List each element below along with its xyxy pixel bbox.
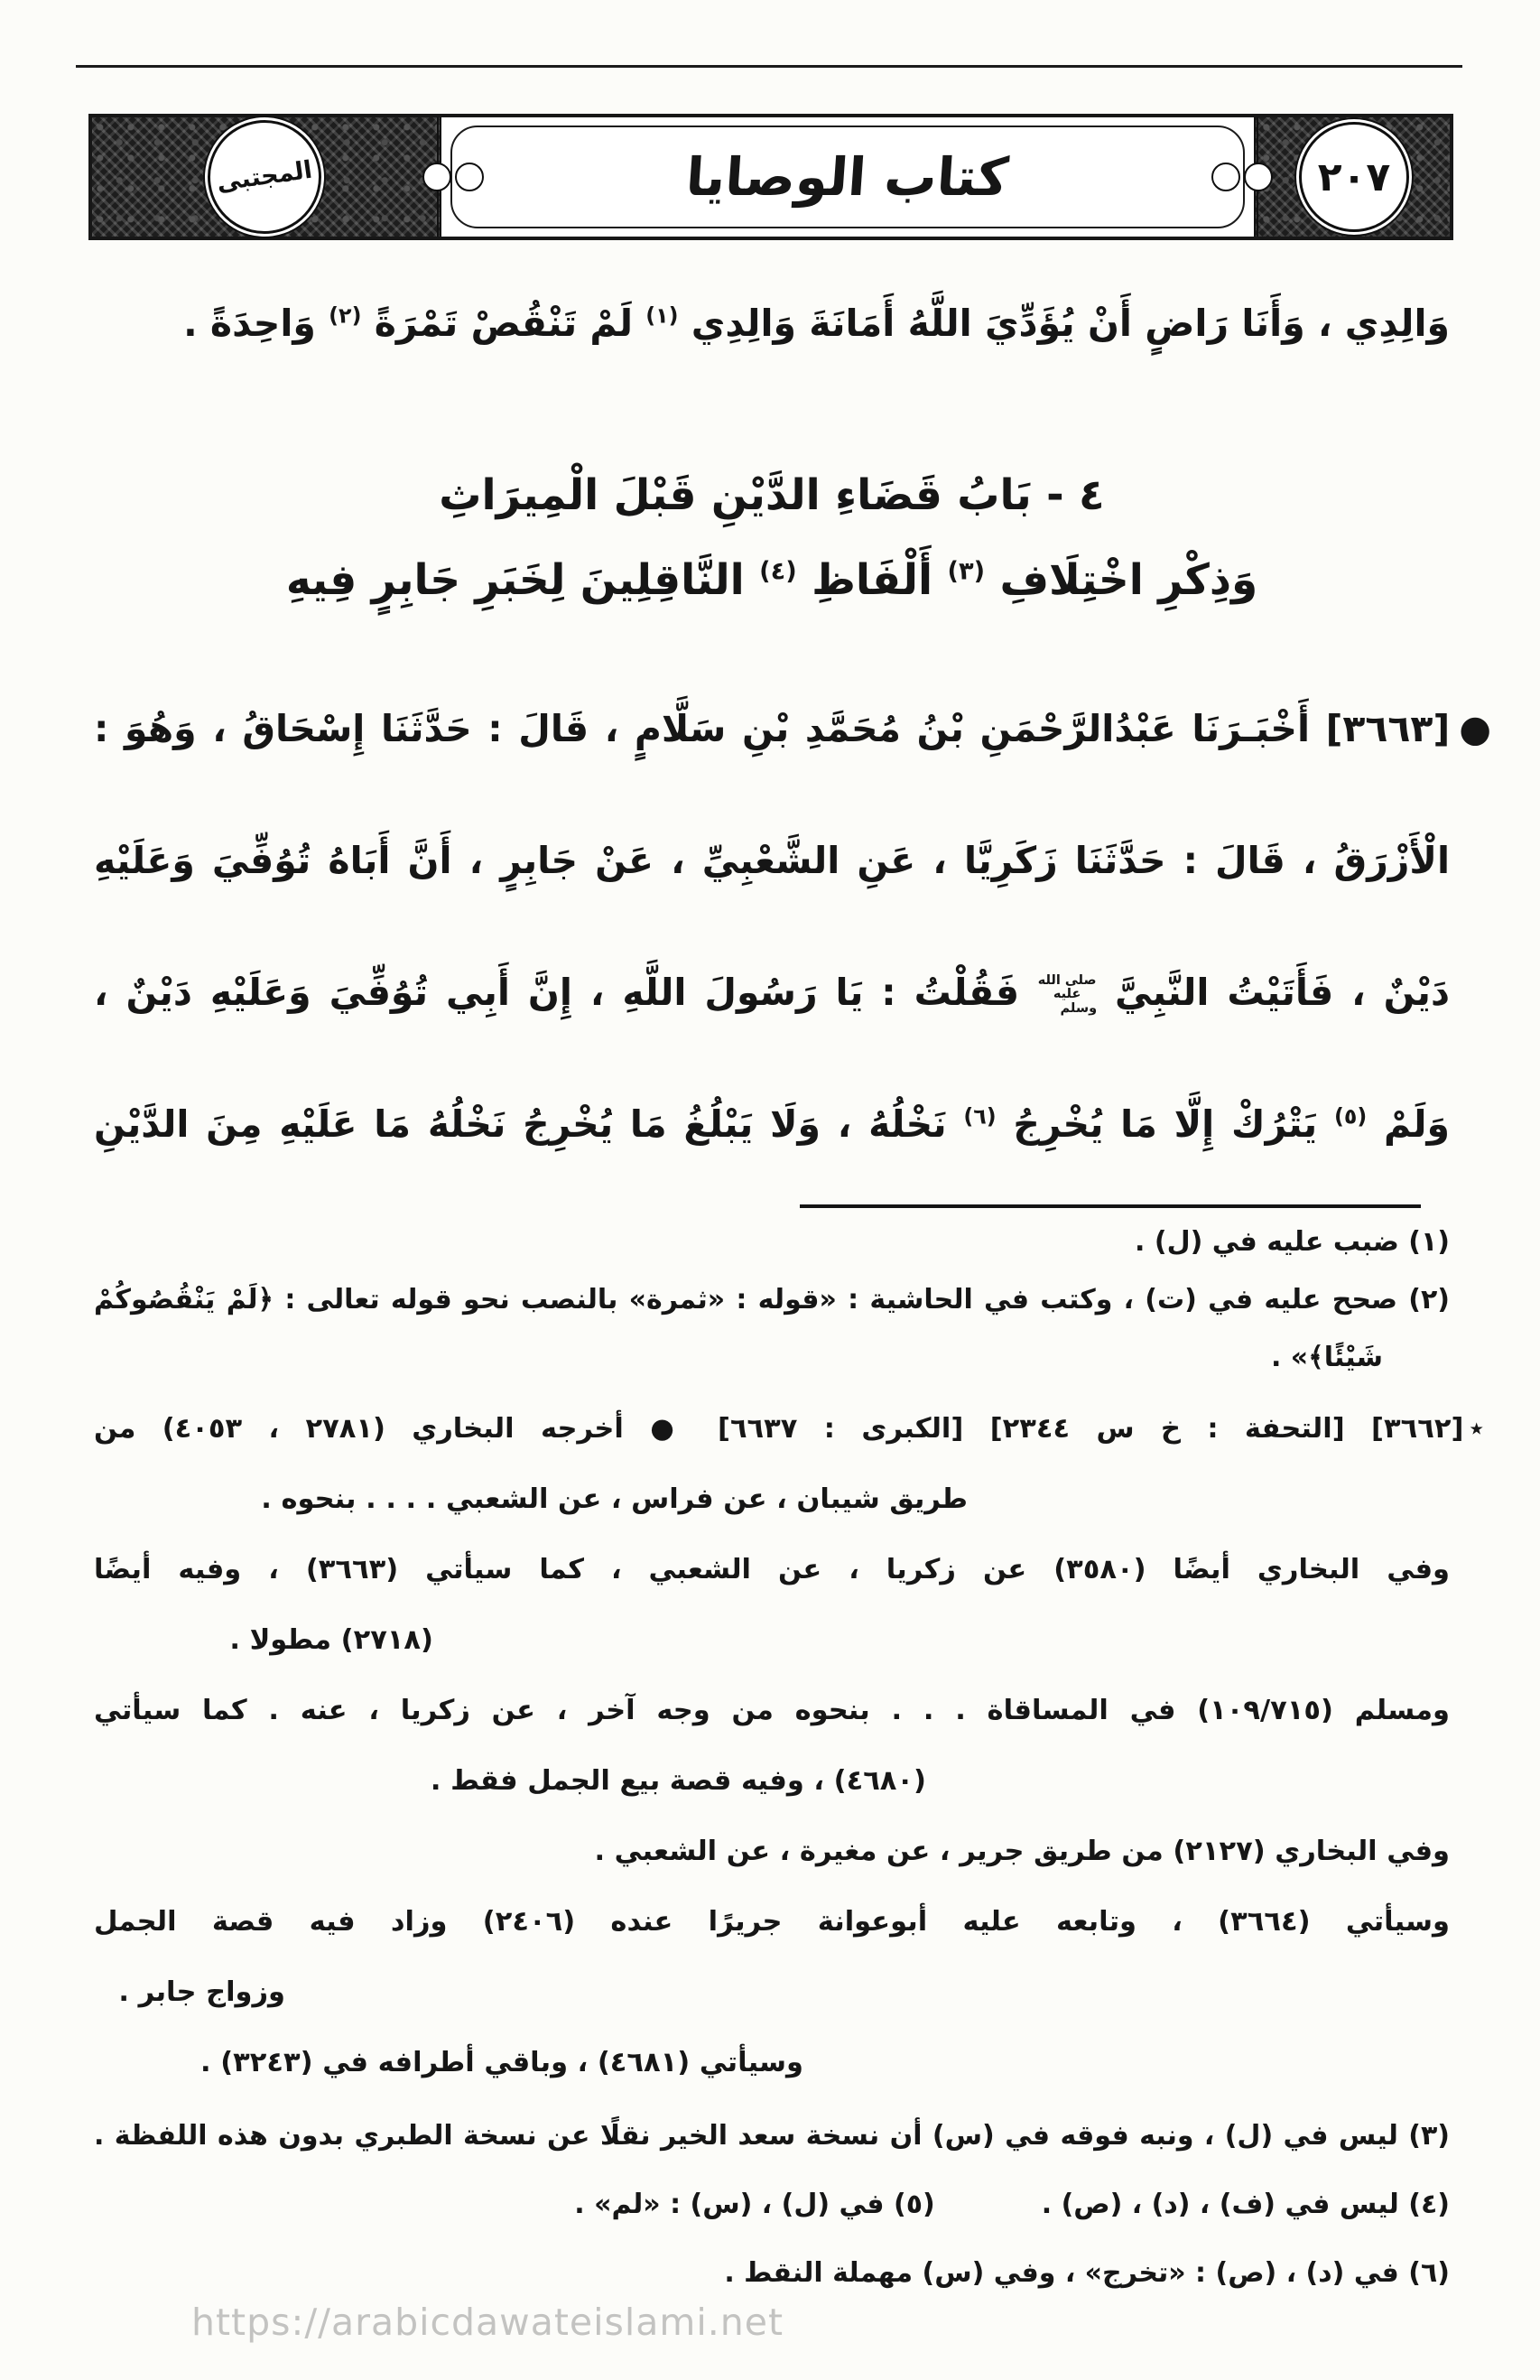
series-seal: المجتبى [200, 113, 329, 241]
takhrij-line: (٢٧١٨) مطولا . [94, 1605, 433, 1676]
ornament-dot [1244, 163, 1273, 191]
top-border-rule [76, 65, 1462, 68]
footnotes-bottom: (٣) ليس في (ل) ، ونبه فوقه في (س) أن نسخ… [94, 2102, 1450, 2308]
takhrij-line: وفي البخاري أيضًا (٣٥٨٠) عن زكريا ، عن ا… [94, 1535, 1450, 1605]
takhrij-line: ٭ [٣٦٦٢] [التحفة : خ س ٢٣٤٤] [الكبرى : ٦… [94, 1394, 1450, 1464]
takhrij-block: ٭ [٣٦٦٢] [التحفة : خ س ٢٣٤٤] [الكبرى : ٦… [94, 1394, 1450, 2098]
header-title-panel: كتاب الوصايا [441, 117, 1254, 237]
watermark-url: https://arabicdawateislami.net [191, 2301, 784, 2344]
hadith-line: ● [٣٦٦٣] أَخْبَـرَنَا عَبْدُالرَّحْمَنِ … [94, 663, 1450, 795]
ornamental-header: ٢٠٧ كتاب الوصايا المجتبى [88, 114, 1453, 240]
hadith-line: وَلَمْ (٥) يَتْرُكْ إِلَّا مَا يُخْرِجُ … [94, 1058, 1450, 1190]
page-number: ٢٠٧ [1299, 122, 1409, 232]
footnote-separator [800, 1204, 1421, 1208]
takhrij-line: ومسلم (١٠٩/٧١٥) في المساقاة . . . بنحوه … [94, 1676, 1450, 1746]
footnote-5: (٥) في (ل) ، (س) : «لم» . [574, 2189, 934, 2220]
hadith-paragraph: ● [٣٦٦٣] أَخْبَـرَنَا عَبْدُالرَّحْمَنِ … [94, 663, 1450, 1190]
takhrij-line: (٤٦٨٠) ، وفيه قصة بيع الجمل فقط . [94, 1746, 926, 1817]
ornament-dot [1211, 163, 1240, 191]
chapter-heading-line-2: وَذِكْرِ اخْتِلَافِ (٣) أَلْفَاظِ (٤) ال… [94, 551, 1450, 610]
hadith-line: دَيْنٌ ، فَأَتَيْتُ النَّبِيَّ صلى الله … [94, 926, 1450, 1058]
footnote-6: (٦) في (د) ، (ص) : «تخرج» ، وفي (س) مهمل… [94, 2239, 1450, 2308]
hadith-line: الْأَزْرَقُ ، قَالَ : حَدَّثَنَا زَكَرِي… [94, 795, 1450, 926]
takhrij-line: وفي البخاري (٢١٢٧) من طريق جرير ، عن مغي… [94, 1817, 1450, 1887]
ornament-dot [455, 163, 484, 191]
footnote-4: (٤) ليس في (ف) ، (د) ، (ص) . [1042, 2189, 1450, 2220]
takhrij-line: وسيأتي (٣٦٦٤) ، وتابعه عليه أبوعوانة جري… [94, 1887, 1450, 1957]
continuation-line: وَالِدِي ، وَأَنَا رَاضٍ أَنْ يُؤَدِّيَ … [94, 278, 1450, 368]
text-column: وَالِدِي ، وَأَنَا رَاضٍ أَنْ يُؤَدِّيَ … [94, 278, 1450, 2308]
footnote-3: (٣) ليس في (ل) ، ونبه فوقه في (س) أن نسخ… [94, 2102, 1450, 2171]
takhrij-line: وزواج جابر . [94, 1957, 285, 2028]
footnote-2-continuation: شَيْئًا﴾» . [94, 1329, 1383, 1387]
footnote-2: (٢) صحح عليه في (ت) ، وكتب في الحاشية : … [94, 1271, 1450, 1329]
series-seal-ornament: المجتبى [92, 117, 441, 237]
page-number-ornament: ٢٠٧ [1254, 117, 1450, 237]
ornament-dot [422, 163, 451, 191]
chapter-heading-line-1: ٤ - بَابُ قَضَاءِ الدَّيْنِ قَبْلَ الْمِ… [94, 466, 1450, 525]
takhrij-line: وسيأتي (٤٦٨١) ، وباقي أطرافه في (٣٢٤٣) . [94, 2028, 803, 2098]
footnotes-top: (١) ضبب عليه في (ل) . (٢) صحح عليه في (ت… [94, 1213, 1450, 1387]
footnote-4-5-row: (٤) ليس في (ف) ، (د) ، (ص) .(٥) في (ل) ،… [94, 2171, 1450, 2239]
takhrij-line: طريق شيبان ، عن فراس ، عن الشعبي . . . .… [94, 1464, 968, 1535]
book-page: ٢٠٧ كتاب الوصايا المجتبى وَالِدِي ، وَأَ… [0, 0, 1540, 2380]
book-title-calligraphy: كتاب الوصايا [684, 146, 1011, 208]
footnote-1: (١) ضبب عليه في (ل) . [94, 1213, 1450, 1271]
